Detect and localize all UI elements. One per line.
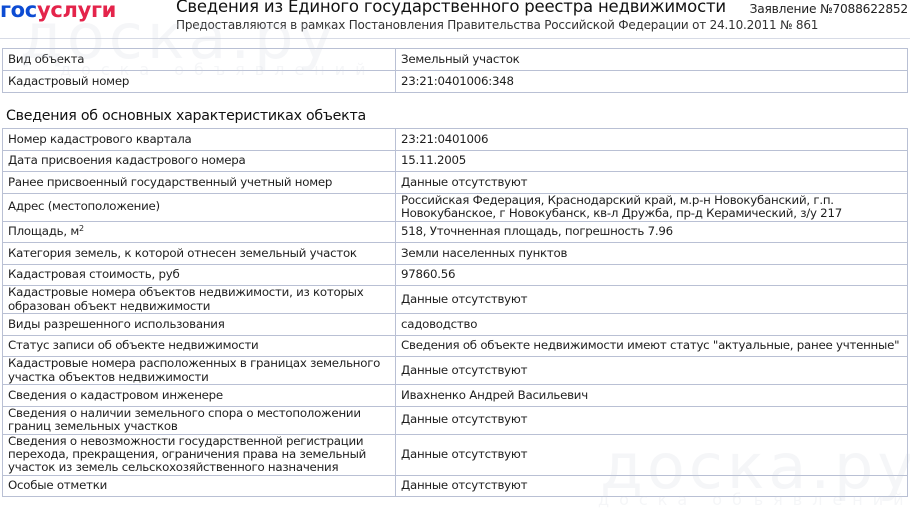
row-label: Адрес (местоположение) xyxy=(3,193,396,221)
row-value: Данные отсутствуют xyxy=(396,357,908,385)
row-value: Земельный участок xyxy=(396,49,908,71)
table-row: Категория земель, к которой отнесен земе… xyxy=(3,243,908,265)
gosuslugi-logo: госуслуги xyxy=(0,0,116,22)
table-row: Дата присвоения кадастрового номера 15.1… xyxy=(3,150,908,172)
table-row: Кадастровые номера объектов недвижимости… xyxy=(3,286,908,314)
row-value: Земли населенных пунктов xyxy=(396,243,908,265)
row-label: Номер кадастрового квартала xyxy=(3,129,396,151)
row-value: Российская Федерация, Краснодарский край… xyxy=(396,193,908,221)
table-row: Кадастровые номера расположенных в грани… xyxy=(3,357,908,385)
row-label: Виды разрешенного использования xyxy=(3,314,396,336)
row-value: Данные отсутствуют xyxy=(396,434,908,475)
table-row: Виды разрешенного использования садоводс… xyxy=(3,314,908,336)
row-label: Ранее присвоенный государственный учетны… xyxy=(3,172,396,194)
row-value: 23:21:0401006:348 xyxy=(396,71,908,93)
table-row: Статус записи об объекте недвижимости Св… xyxy=(3,335,908,357)
row-label-area: Площадь, м2 xyxy=(3,221,396,243)
table-row: Вид объекта Земельный участок xyxy=(3,49,908,71)
table-row: Ранее присвоенный государственный учетны… xyxy=(3,172,908,194)
row-label: Категория земель, к которой отнесен земе… xyxy=(3,243,396,265)
table-row: Кадастровый номер 23:21:0401006:348 xyxy=(3,71,908,93)
table-row: Номер кадастрового квартала 23:21:040100… xyxy=(3,129,908,151)
row-value: 23:21:0401006 xyxy=(396,129,908,151)
row-label: Кадастровые номера объектов недвижимости… xyxy=(3,286,396,314)
area-label-text: Площадь, м xyxy=(8,224,79,238)
characteristics-table: Номер кадастрового квартала 23:21:040100… xyxy=(2,128,908,497)
row-label: Кадастровая стоимость, руб xyxy=(3,264,396,286)
row-label: Вид объекта xyxy=(3,49,396,71)
row-value: Ивахненко Андрей Васильевич xyxy=(396,385,908,407)
document-subtitle: Предоставляются в рамках Постановления П… xyxy=(176,17,818,33)
application-number: Заявление №7088622852 xyxy=(750,1,908,17)
object-table: Вид объекта Земельный участок Кадастровы… xyxy=(2,48,908,93)
row-value: Данные отсутствуют xyxy=(396,286,908,314)
logo-part-gos: гос xyxy=(0,0,37,22)
section-heading: Сведения об основных характеристиках объ… xyxy=(6,106,366,126)
row-label: Особые отметки xyxy=(3,475,396,497)
row-value: 15.11.2005 xyxy=(396,150,908,172)
area-unit-superscript: 2 xyxy=(79,224,84,233)
logo-part-uslugi: услуги xyxy=(37,0,116,22)
table-row: Особые отметки Данные отсутствуют xyxy=(3,475,908,497)
row-label: Сведения о наличии земельного спора о ме… xyxy=(3,406,396,434)
row-value: Сведения об объекте недвижимости имеют с… xyxy=(396,335,908,357)
row-label: Дата присвоения кадастрового номера xyxy=(3,150,396,172)
row-value: 518, Уточненная площадь, погрешность 7.9… xyxy=(396,221,908,243)
row-value: Данные отсутствуют xyxy=(396,475,908,497)
row-label: Статус записи об объекте недвижимости xyxy=(3,335,396,357)
table-row: Адрес (местоположение) Российская Федера… xyxy=(3,193,908,221)
row-label: Кадастровый номер xyxy=(3,71,396,93)
document-header: госуслуги Сведения из Единого государств… xyxy=(0,0,910,39)
table-row: Площадь, м2 518, Уточненная площадь, пог… xyxy=(3,221,908,243)
row-value: Данные отсутствуют xyxy=(396,406,908,434)
row-label: Сведения о невозможности государственной… xyxy=(3,434,396,475)
row-value: Данные отсутствуют xyxy=(396,172,908,194)
row-value: садоводство xyxy=(396,314,908,336)
table-row: Сведения о наличии земельного спора о ме… xyxy=(3,406,908,434)
row-value: 97860.56 xyxy=(396,264,908,286)
row-label: Сведения о кадастровом инженере xyxy=(3,385,396,407)
row-label: Кадастровые номера расположенных в грани… xyxy=(3,357,396,385)
table-row: Сведения о невозможности государственной… xyxy=(3,434,908,475)
table-row: Кадастровая стоимость, руб 97860.56 xyxy=(3,264,908,286)
document-title: Сведения из Единого государственного рее… xyxy=(176,0,726,18)
table-row: Сведения о кадастровом инженере Ивахненк… xyxy=(3,385,908,407)
